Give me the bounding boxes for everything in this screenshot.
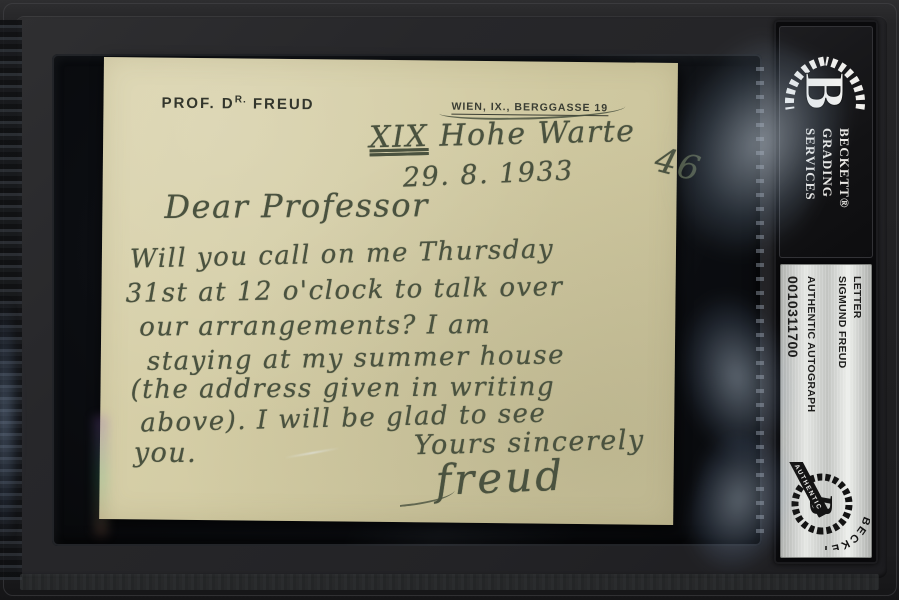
body-line-3: our arrangements? I am — [139, 310, 491, 342]
letterhead-name-main: PROF. D — [161, 95, 234, 113]
address-street: Hohe Warte — [439, 114, 636, 154]
body-line-2: 31st at 12 o'clock to talk over — [125, 272, 563, 309]
body-line-1: Will you call on me Thursday — [130, 234, 555, 274]
salutation: Dear Professor — [164, 186, 429, 226]
letterhead-name-superscript: R. — [235, 94, 247, 105]
letterhead-name: PROF. DR. FREUD — [161, 94, 314, 114]
letterhead-name-rest: FREUD — [253, 96, 315, 114]
body-line-7: you. — [134, 437, 198, 469]
freud-signature: freud — [435, 450, 566, 504]
slab-edge-reflection — [0, 300, 20, 540]
grading-label-line-1: BECKETT® — [836, 128, 853, 248]
item-type: LETTER — [849, 276, 864, 446]
handwritten-address-line: XIX Hohe Warte — [369, 114, 636, 155]
item-subject: SIGMUND FREUD — [834, 276, 849, 446]
slab-seam-perforation — [756, 64, 764, 536]
address-district: XIX — [369, 119, 429, 155]
letter-card: PROF. DR. FREUD WIEN, IX., BERGGASSE 19 … — [99, 57, 678, 525]
display-window: PROF. DR. FREUD WIEN, IX., BERGGASSE 19 … — [52, 54, 762, 546]
item-designation: AUTHENTIC AUTOGRAPH — [803, 276, 818, 446]
color-fringe-reflection — [94, 416, 108, 536]
slabbed-letter-photo: PROF. DR. FREUD WIEN, IX., BERGGASSE 19 … — [0, 0, 899, 600]
